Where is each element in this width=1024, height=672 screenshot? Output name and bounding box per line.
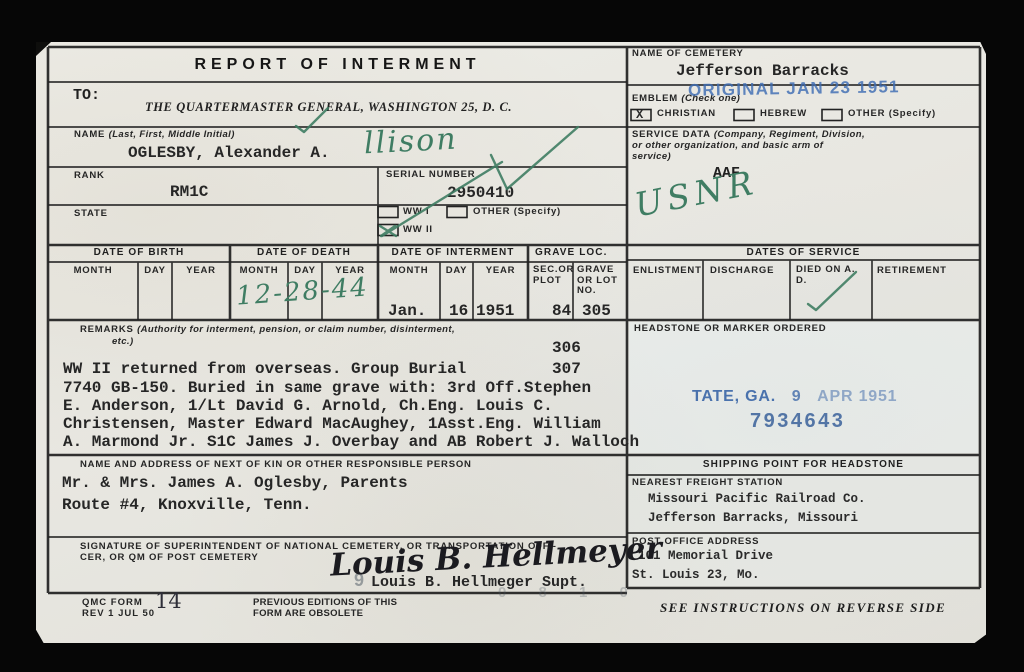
check-name-field — [296, 108, 328, 132]
scanned-document: REPORT OF INTERMENT TO: THE QUARTERMASTE… — [0, 0, 1024, 672]
x-ww2-checkbox — [380, 226, 396, 236]
check-died-on-ad — [808, 272, 856, 310]
check-serial-number — [491, 127, 578, 189]
stroke-ww2-to-serial — [382, 162, 502, 236]
green-ink-marks — [0, 0, 1024, 672]
